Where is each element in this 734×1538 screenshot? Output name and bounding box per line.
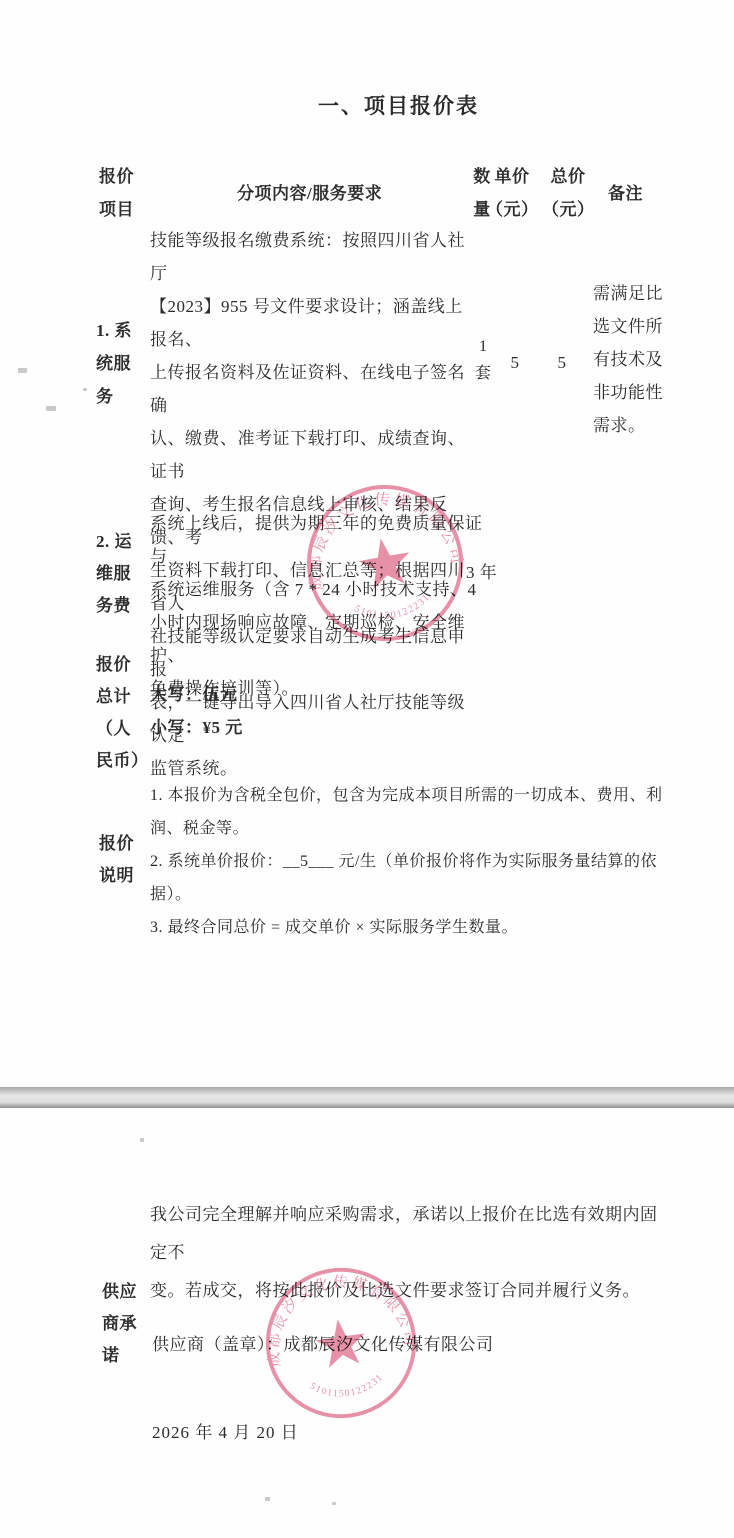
total-uppercase: 大写：伍元 (150, 678, 238, 711)
row1-total-price: 5 (552, 346, 572, 379)
row1-unit-price: 5 (505, 346, 525, 379)
row1-label: 1. 系 统服 务 (96, 314, 132, 413)
scan-artifact (83, 388, 87, 391)
page-break-separator (0, 1087, 734, 1108)
row2-label: 2. 运 维服 务费 (96, 526, 132, 622)
row1-remark: 需满足比 选文件所 有技术及 非功能性 需求。 (593, 277, 669, 442)
scan-artifact (332, 1502, 336, 1505)
page-title: 一、项目报价表 (318, 93, 479, 119)
notes-row-label: 报价 说明 (99, 828, 134, 892)
commitment-text: 我公司完全理解并响应采购需求，承诺以上报价在比选有效期内固定不 变。若成交，将按… (150, 1196, 670, 1310)
scan-artifact (265, 1497, 270, 1501)
scanned-document-page: 一、项目报价表 报价 项目 分项内容/服务要求 数 量 单价 （元） 总价 （元… (0, 0, 734, 1538)
seal-number: 5101150122231 (307, 1371, 388, 1405)
commitment-label: 供应 商承 诺 (102, 1276, 137, 1372)
svg-text:5101150122231: 5101150122231 (307, 1371, 388, 1405)
col-header-remark: 备注 (608, 177, 643, 210)
total-row-label: 报价 总计 （人 民币） (96, 649, 149, 777)
scan-artifact (140, 1138, 144, 1142)
col-header-content: 分项内容/服务要求 (237, 177, 382, 210)
date-line: 2026 年 4 月 20 日 (152, 1416, 299, 1449)
row2-qty: 3 年 (466, 556, 497, 589)
col-header-item: 报价 项目 (99, 160, 134, 226)
row1-qty: 1 套 (470, 333, 496, 387)
notes-content: 1. 本报价为含税全包价，包含为完成本项目所需的一切成本、费用、利 润、税金等。… (150, 779, 670, 944)
scan-artifact (18, 368, 27, 373)
col-header-total-price: 总价 （元） (542, 160, 594, 226)
total-lowercase: 小写：¥5 元 (150, 711, 243, 744)
supplier-seal-line: 供应商（盖章）：成都辰汐文化传媒有限公司 (152, 1328, 494, 1361)
row2-content: 系统上线后，提供为期三年的免费质量保证与 系统运维服务（含 7 * 24 小时技… (150, 507, 490, 705)
scan-artifact (46, 406, 56, 411)
col-header-unit-price: 单价 （元） (486, 160, 538, 226)
